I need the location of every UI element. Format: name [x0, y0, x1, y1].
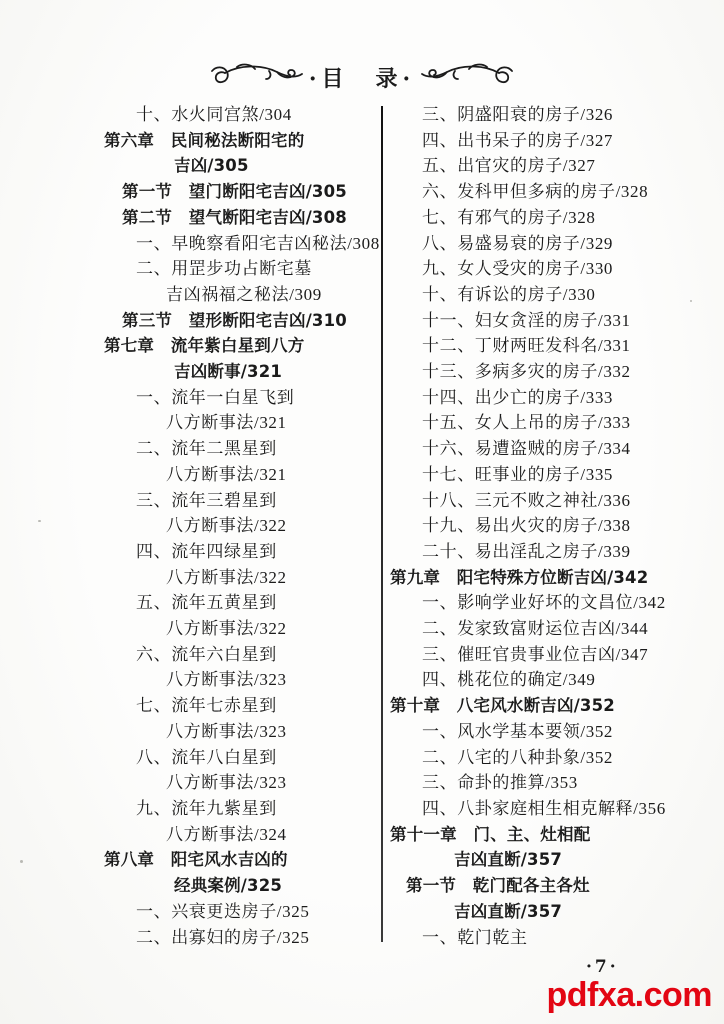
toc-entry: 三、流年三碧星到	[88, 488, 381, 514]
toc-entry: 二、流年二黑星到	[88, 436, 381, 462]
watermark: pdfxa.com	[546, 978, 712, 1012]
toc-entry: 十五、女人上吊的房子/333	[388, 410, 724, 436]
toc-entry: 八、流年八白星到	[88, 745, 381, 771]
toc-entry: 第三节 望形断阳宅吉凶/310	[88, 308, 381, 334]
toc-entry: 二、八宅的八种卦象/352	[388, 745, 724, 771]
toc-entry: 吉凶断事/321	[88, 359, 381, 385]
toc-entry: 五、出官灾的房子/327	[388, 153, 724, 179]
toc-entry: 十三、多病多灾的房子/332	[388, 359, 724, 385]
toc-entry: 八方断事法/322	[88, 616, 381, 642]
toc-entry: 八方断事法/323	[88, 770, 381, 796]
toc-entry: 第十章 八宅风水断吉凶/352	[388, 693, 724, 719]
toc-entry: 二、发家致富财运位吉凶/344	[388, 616, 724, 642]
toc-entry: 吉凶祸福之秘法/309	[88, 282, 381, 308]
toc-entry: 第八章 阳宅风水吉凶的	[88, 847, 381, 873]
toc-entry: 六、流年六白星到	[88, 642, 381, 668]
flourish-right-icon	[419, 62, 515, 92]
toc-entry: 第一节 望门断阳宅吉凶/305	[88, 179, 381, 205]
toc-entry: 吉凶/305	[88, 153, 381, 179]
toc-entry: 十二、丁财两旺发科名/331	[388, 333, 724, 359]
toc-entry: 第六章 民间秘法断阳宅的	[88, 128, 381, 154]
toc-entry: 一、兴衰更迭房子/325	[88, 899, 381, 925]
toc-entry: 吉凶直断/357	[388, 847, 724, 873]
flourish-left-icon	[209, 62, 305, 92]
page-number: ·7·	[586, 957, 619, 977]
toc-entry: 四、流年四绿星到	[88, 539, 381, 565]
toc-entry: 经典案例/325	[88, 873, 381, 899]
toc-entry: 一、流年一白星飞到	[88, 385, 381, 411]
page-title: ·目 录·	[309, 62, 415, 93]
toc-entry: 三、催旺官贵事业位吉凶/347	[388, 642, 724, 668]
toc-entry: 第七章 流年紫白星到八方	[88, 333, 381, 359]
toc-entry: 七、流年七赤星到	[88, 693, 381, 719]
toc-entry: 一、风水学基本要领/352	[388, 719, 724, 745]
toc-left-column: 十、水火同宫煞/304第六章 民间秘法断阳宅的吉凶/305第一节 望门断阳宅吉凶…	[88, 102, 381, 950]
toc-entry: 四、八卦家庭相生相克解释/356	[388, 796, 724, 822]
scan-speck	[20, 860, 23, 863]
toc-entry: 一、早晚察看阳宅吉凶秘法/308	[88, 231, 381, 257]
toc-entry: 第二节 望气断阳宅吉凶/308	[88, 205, 381, 231]
toc-entry: 六、发科甲但多病的房子/328	[388, 179, 724, 205]
column-divider	[381, 106, 383, 942]
toc-entry: 八方断事法/322	[88, 513, 381, 539]
toc-entry: 第九章 阳宅特殊方位断吉凶/342	[388, 565, 724, 591]
toc-entry: 一、乾门乾主	[388, 925, 724, 951]
toc-entry: 十、有诉讼的房子/330	[388, 282, 724, 308]
toc-entry: 二十、易出淫乱之房子/339	[388, 539, 724, 565]
toc-entry: 十九、易出火灾的房子/338	[388, 513, 724, 539]
toc-entry: 吉凶直断/357	[388, 899, 724, 925]
toc-entry: 三、命卦的推算/353	[388, 770, 724, 796]
toc-entry: 二、出寡妇的房子/325	[88, 925, 381, 951]
toc-entry: 七、有邪气的房子/328	[388, 205, 724, 231]
toc-entry: 八方断事法/324	[88, 822, 381, 848]
toc-entry: 第十一章 门、主、灶相配	[388, 822, 724, 848]
toc-entry: 十七、旺事业的房子/335	[388, 462, 724, 488]
toc-entry: 二、用罡步功占断宅墓	[88, 256, 381, 282]
toc-right-column: 三、阴盛阳衰的房子/326四、出书呆子的房子/327五、出官灾的房子/327六、…	[388, 102, 724, 950]
toc-entry: 一、影响学业好坏的文昌位/342	[388, 590, 724, 616]
toc-entry: 八方断事法/323	[88, 719, 381, 745]
book-page: ·目 录· 十、水火同宫煞/304第六章 民间秘法断阳宅的吉凶/305第一节 望…	[0, 0, 724, 1024]
scan-speck	[38, 520, 41, 522]
toc-header: ·目 录·	[0, 56, 724, 98]
toc-entry: 十、水火同宫煞/304	[88, 102, 381, 128]
toc-entry: 四、桃花位的确定/349	[388, 667, 724, 693]
toc-entry: 五、流年五黄星到	[88, 590, 381, 616]
toc-entry: 十四、出少亡的房子/333	[388, 385, 724, 411]
toc-entry: 八方断事法/321	[88, 462, 381, 488]
toc-entry: 九、流年九紫星到	[88, 796, 381, 822]
toc-entry: 八方断事法/322	[88, 565, 381, 591]
toc-entry: 第一节 乾门配各主各灶	[388, 873, 724, 899]
toc-entry: 三、阴盛阳衰的房子/326	[388, 102, 724, 128]
toc-entry: 九、女人受灾的房子/330	[388, 256, 724, 282]
toc-entry: 八、易盛易衰的房子/329	[388, 231, 724, 257]
toc-entry: 八方断事法/321	[88, 410, 381, 436]
toc-entry: 八方断事法/323	[88, 667, 381, 693]
toc-entry: 十六、易遭盗贼的房子/334	[388, 436, 724, 462]
toc-entry: 四、出书呆子的房子/327	[388, 128, 724, 154]
scan-speck	[690, 300, 692, 302]
toc-entry: 十八、三元不败之神社/336	[388, 488, 724, 514]
toc-entry: 十一、妇女贪淫的房子/331	[388, 308, 724, 334]
